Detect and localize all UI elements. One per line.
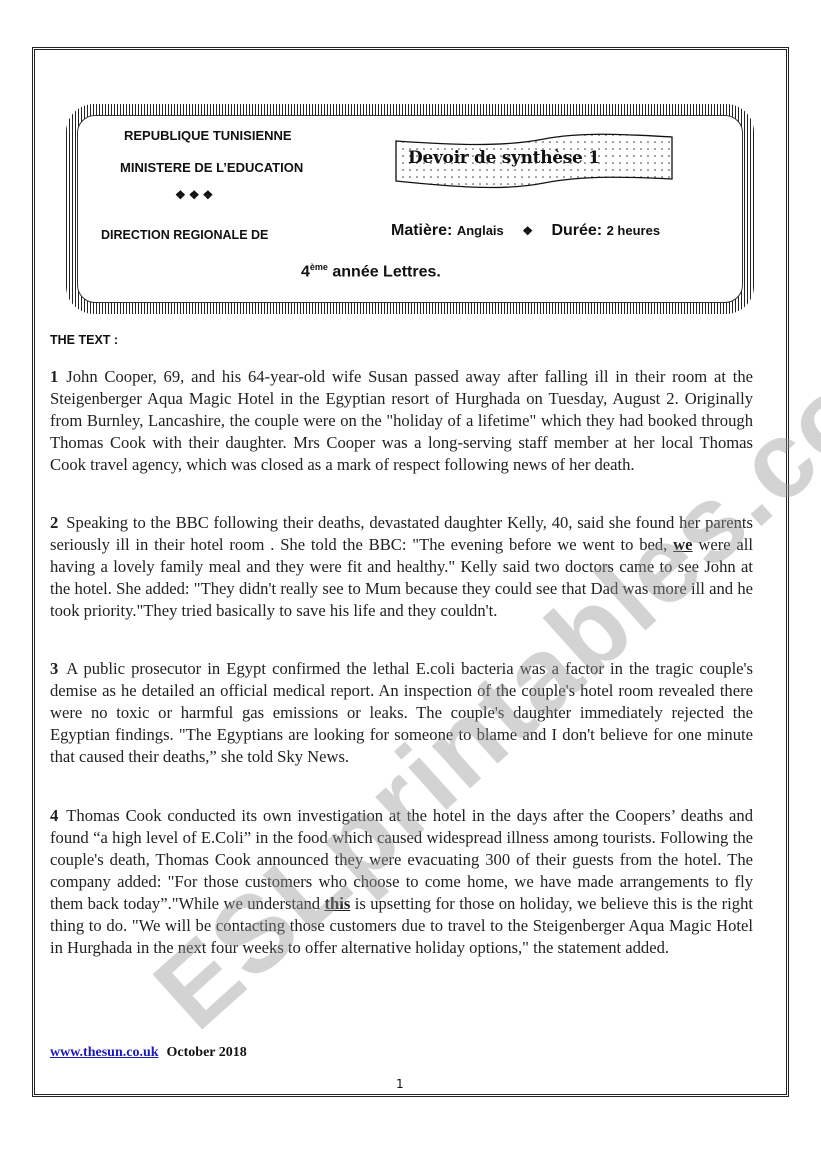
republique-label: REPUBLIQUE TUNISIENNE [124,128,292,143]
paragraph-number: 1 [50,367,58,386]
paragraph-text: Speaking to the BBC following their deat… [50,513,753,554]
diamond-separator-icon: ❖ [522,224,533,238]
header-inner: REPUBLIQUE TUNISIENNE MINISTERE DE L’EDU… [77,115,743,303]
annee-superscript: ème [310,262,328,272]
page-number: 1 [396,1077,404,1091]
annee-rest: année Lettres. [328,263,441,280]
ministere-label: MINISTERE DE L’EDUCATION [120,160,303,175]
source-date: October 2018 [167,1045,247,1060]
header-box: REPUBLIQUE TUNISIENNE MINISTERE DE L’EDU… [66,104,754,314]
highlighted-word: this [324,894,350,913]
diamond-ornament-icon: ❖❖❖ [175,188,216,202]
exam-title-banner: Devoir de synthèse 1 [394,133,676,189]
class-level: 4ème année Lettres. [301,262,441,281]
paragraph-2: 2Speaking to the BBC following their dea… [50,512,753,622]
paragraph-number: 4 [50,806,58,825]
paragraph-4: 4Thomas Cook conducted its own investiga… [50,805,753,959]
paragraph-1: 1John Cooper, 69, and his 64-year-old wi… [50,366,753,476]
paragraph-number: 2 [50,513,58,532]
subject-duration-line: Matière: Anglais ❖ Durée: 2 heures [391,222,660,240]
highlighted-word: we [673,535,692,554]
exam-title: Devoir de synthèse 1 [408,148,600,168]
source-link[interactable]: www.thesun.co.uk [50,1045,159,1060]
direction-label: DIRECTION REGIONALE DE [101,228,268,242]
matiere-value: Anglais [457,223,504,238]
source-line: www.thesun.co.ukOctober 2018 [50,1045,247,1061]
paragraph-text: A public prosecutor in Egypt confirmed t… [50,659,753,766]
matiere-label: Matière: [391,222,452,239]
paragraph-text: John Cooper, 69, and his 64-year-old wif… [50,367,753,474]
annee-number: 4 [301,263,310,280]
section-label: THE TEXT : [50,333,118,347]
paragraph-number: 3 [50,659,58,678]
duree-label: Durée: [551,222,602,239]
duree-value: 2 heures [607,223,660,238]
paragraph-3: 3A public prosecutor in Egypt confirmed … [50,658,753,768]
